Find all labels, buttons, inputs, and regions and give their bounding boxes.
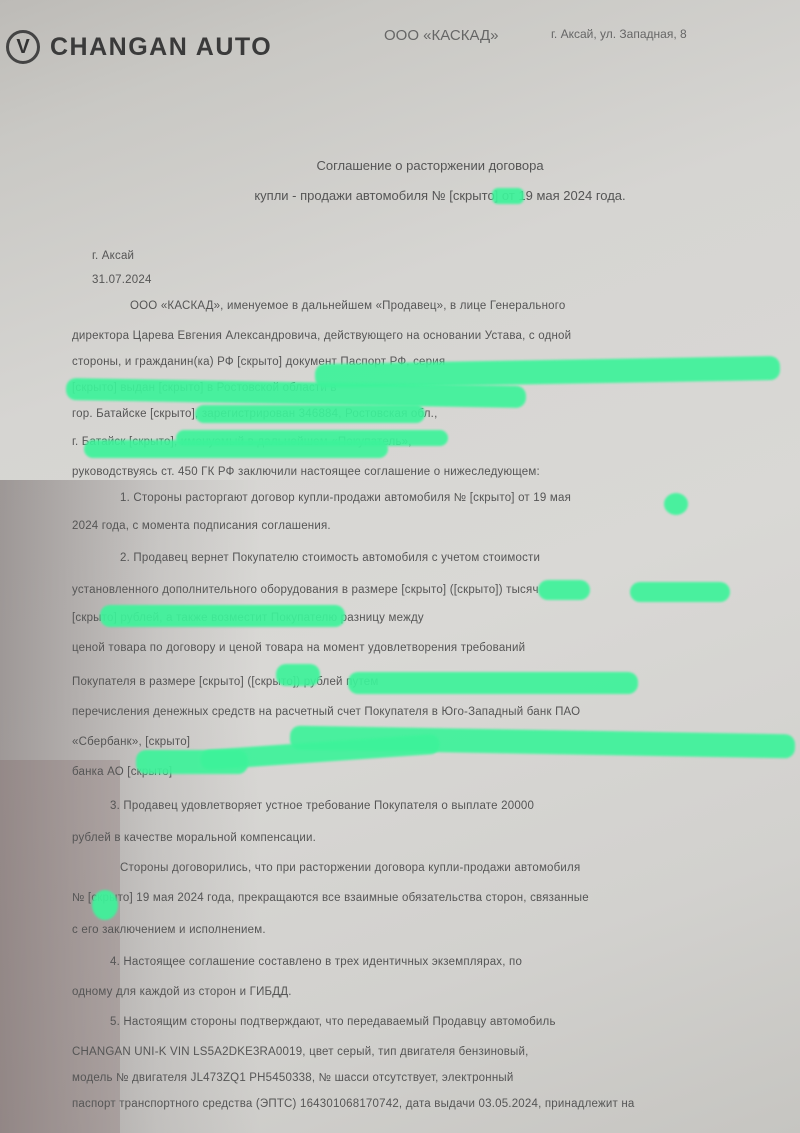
document-line: рублей в качестве моральной компенсации.: [72, 832, 792, 844]
document-line: с его заключением и исполнением.: [72, 924, 792, 936]
redaction-mark: [348, 672, 638, 694]
document-line: ценой товара по договору и ценой товара …: [72, 642, 792, 654]
document-line: CHANGAN UNI-K VIN LS5A2DKE3RA0019, цвет …: [72, 1046, 792, 1058]
document-city: г. Аксай: [92, 250, 800, 262]
changan-logo-icon: V: [6, 30, 40, 64]
document-line: 1. Стороны расторгают договор купли-прод…: [120, 492, 792, 504]
redaction-mark: [100, 605, 345, 627]
document-line: 3. Продавец удовлетворяет устное требова…: [110, 800, 792, 812]
document-line: 5. Настоящим стороны подтверждают, что п…: [110, 1016, 792, 1028]
document-line: Стороны договорились, что при расторжени…: [120, 862, 792, 874]
document-title: Соглашение о расторжении договора: [60, 158, 800, 173]
document-line: 2024 года, с момента подписания соглашен…: [72, 520, 792, 532]
brand-logo: V CHANGAN AUTO: [6, 30, 272, 64]
document-line: гор. Батайске [скрыто], зарегистрирован …: [72, 408, 792, 420]
document-line: паспорт транспортного средства (ЭПТС) 16…: [72, 1098, 792, 1110]
document-line: директора Царева Евгения Александровича,…: [72, 330, 792, 342]
document-line: 2. Продавец вернет Покупателю стоимость …: [120, 552, 792, 564]
redaction-mark: [276, 664, 320, 686]
organization-name: ООО «КАСКАД»: [384, 27, 499, 44]
redaction-mark: [195, 405, 425, 423]
organization-address: г. Аксай, ул. Западная, 8: [551, 27, 687, 41]
redaction-mark: [136, 750, 248, 774]
document-line: модель № двигателя JL473ZQ1 PH5450338, №…: [72, 1072, 792, 1084]
document-line: ООО «КАСКАД», именуемое в дальнейшем «Пр…: [130, 300, 792, 312]
document-date: 31.07.2024: [92, 274, 800, 286]
document-line: 4. Настоящее соглашение составлено в тре…: [110, 956, 792, 968]
redaction-mark: [84, 440, 388, 458]
redaction-mark: [664, 493, 688, 515]
document-line: перечисления денежных средств на расчетн…: [72, 706, 792, 718]
document-line: одному для каждой из сторон и ГИБДД.: [72, 986, 792, 998]
redaction-mark: [492, 188, 524, 204]
redaction-mark: [630, 582, 730, 602]
redaction-mark: [538, 580, 590, 600]
document-subtitle: купли - продажи автомобиля № [скрыто] от…: [80, 188, 800, 203]
brand-name: CHANGAN AUTO: [50, 33, 272, 62]
document-line: № [скрыто] 19 мая 2024 года, прекращаютс…: [72, 892, 792, 904]
redaction-mark: [92, 890, 118, 920]
letterhead: V CHANGAN AUTO ООО «КАСКАД» г. Аксай, ул…: [6, 24, 800, 74]
document-line: руководствуясь ст. 450 ГК РФ заключили н…: [72, 466, 792, 478]
